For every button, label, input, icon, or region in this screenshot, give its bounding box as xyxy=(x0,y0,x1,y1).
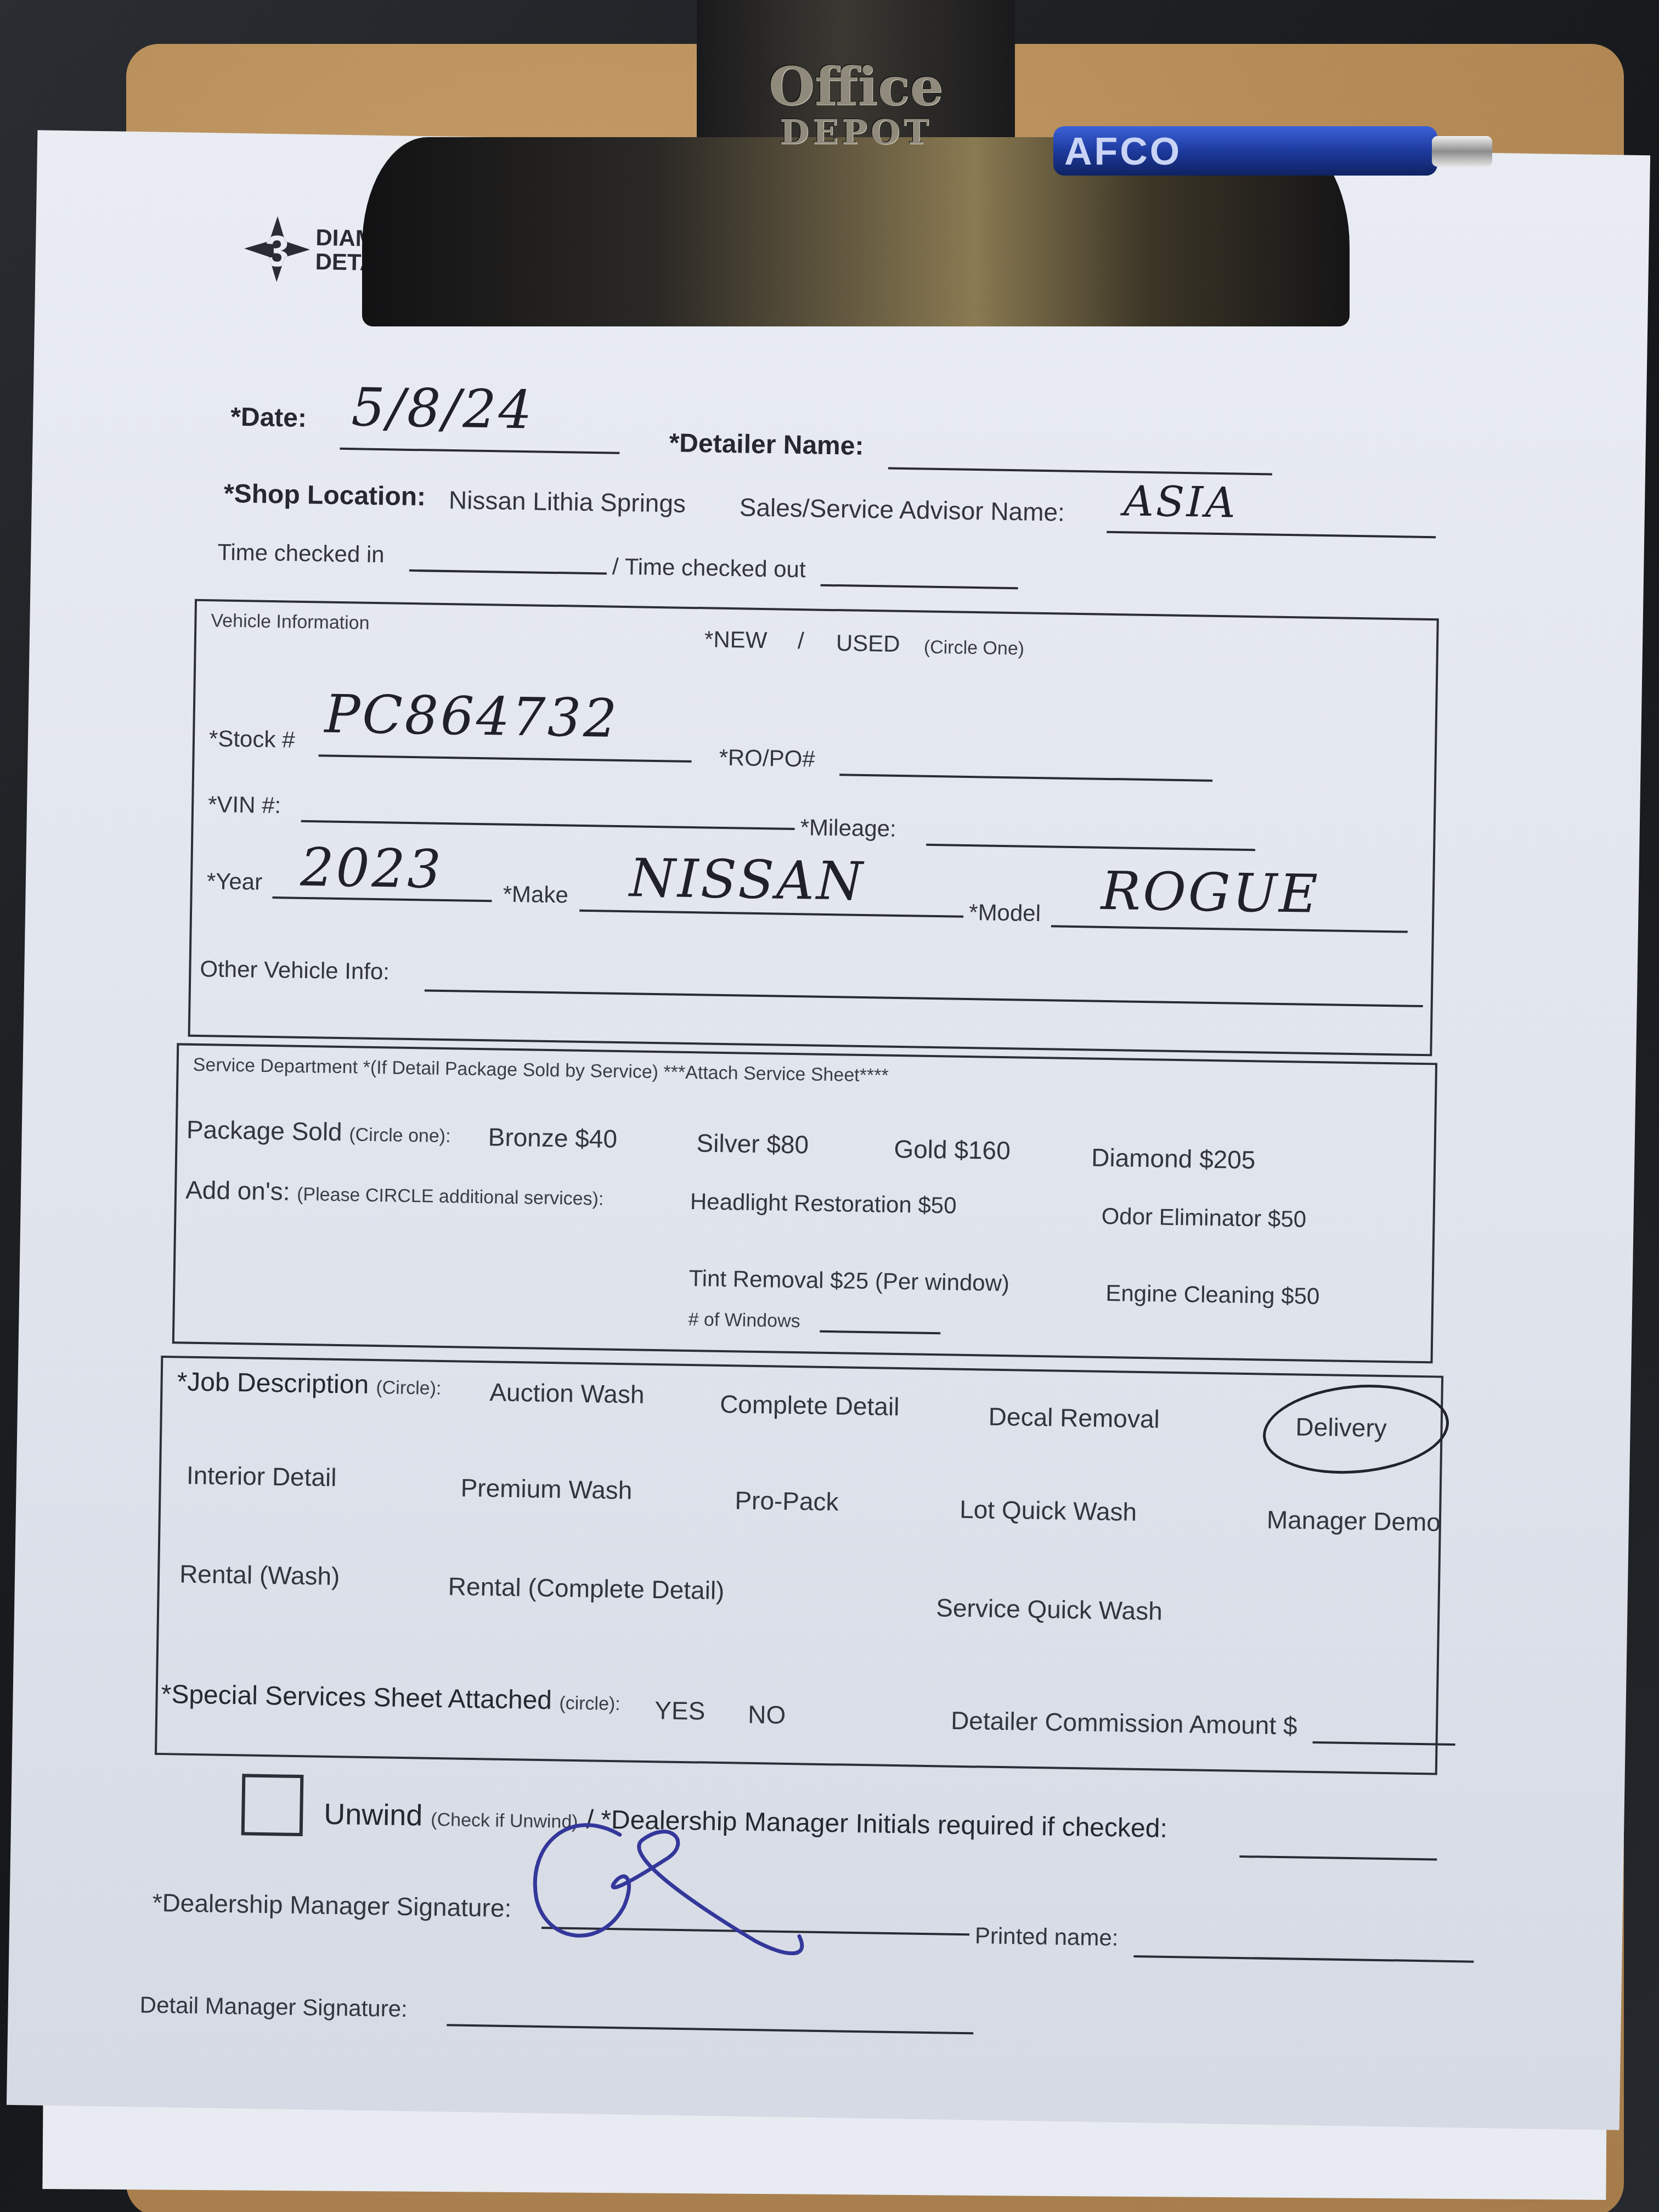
job-complete-detail[interactable]: Complete Detail xyxy=(720,1389,900,1421)
advisor-name-value[interactable]: ASIA xyxy=(1123,476,1238,527)
commission-label: Detailer Commission Amount $ xyxy=(951,1706,1297,1741)
date-value[interactable]: 5/8/24 xyxy=(351,376,535,441)
job-rental-complete-detail[interactable]: Rental (Complete Detail) xyxy=(448,1571,724,1605)
used-option[interactable]: USED xyxy=(836,630,900,657)
company-logo: DIAM DETA xyxy=(244,216,377,284)
stock-label: *Stock # xyxy=(209,725,295,753)
date-label: *Date: xyxy=(230,402,307,433)
date-field-line xyxy=(340,448,619,454)
time-in-label: Time checked in xyxy=(217,539,385,568)
new-option[interactable]: *NEW xyxy=(704,626,768,653)
mileage-label: *Mileage: xyxy=(800,814,896,842)
addon-odor-eliminator[interactable]: Odor Eliminator $50 xyxy=(1101,1203,1306,1233)
detail-manager-signature-label: Detail Manager Signature: xyxy=(139,1991,408,2022)
pen-brand: AFCO xyxy=(1064,129,1182,173)
shop-location-value: Nissan Lithia Springs xyxy=(449,485,686,518)
job-manager-demo[interactable]: Manager Demo xyxy=(1267,1505,1441,1537)
new-used-hint: (Circle One) xyxy=(924,637,1025,660)
advisor-name-label: Sales/Service Advisor Name: xyxy=(739,492,1065,527)
addon-headlight-restoration[interactable]: Headlight Restoration $50 xyxy=(690,1188,957,1219)
special-services-no[interactable]: NO xyxy=(748,1700,786,1730)
job-premium-wash[interactable]: Premium Wash xyxy=(460,1473,632,1505)
job-description-label: *Job Description (Circle): xyxy=(177,1367,442,1401)
manager-initials-field[interactable] xyxy=(1239,1855,1437,1861)
job-rental-wash[interactable]: Rental (Wash) xyxy=(179,1559,340,1592)
pen: AFCO xyxy=(1053,126,1437,176)
ro-po-label: *RO/PO# xyxy=(719,744,815,772)
package-diamond[interactable]: Diamond $205 xyxy=(1091,1143,1256,1175)
model-label: *Model xyxy=(969,899,1041,927)
shop-location-label: *Shop Location: xyxy=(224,479,426,512)
advisor-name-line xyxy=(1107,531,1436,538)
diamond-star-logo-icon xyxy=(244,216,311,283)
year-label: *Year xyxy=(207,868,263,895)
job-lot-quick-wash[interactable]: Lot Quick Wash xyxy=(960,1494,1137,1527)
vin-label: *VIN #: xyxy=(208,791,281,819)
addon-tint-removal[interactable]: Tint Removal $25 (Per window) xyxy=(689,1265,1009,1296)
new-used-separator: / xyxy=(798,628,804,654)
package-silver[interactable]: Silver $80 xyxy=(696,1128,809,1159)
year-value[interactable]: 2023 xyxy=(300,837,444,900)
package-sold-label: Package Sold (Circle one): xyxy=(186,1115,451,1149)
model-value[interactable]: ROGUE xyxy=(1101,860,1320,925)
dealership-signature-label: *Dealership Manager Signature: xyxy=(152,1888,511,1923)
addon-engine-cleaning[interactable]: Engine Cleaning $50 xyxy=(1105,1280,1320,1310)
job-auction-wash[interactable]: Auction Wash xyxy=(489,1377,645,1409)
time-out-field[interactable] xyxy=(821,584,1018,590)
detail-manager-signature-field[interactable] xyxy=(447,2024,973,2034)
special-services-yes[interactable]: YES xyxy=(654,1695,706,1725)
clip-brand: Office DEPOT xyxy=(735,60,977,151)
vehicle-info-title: Vehicle Information xyxy=(211,610,370,634)
job-service-quick-wash[interactable]: Service Quick Wash xyxy=(936,1593,1163,1626)
make-value[interactable]: NISSAN xyxy=(629,847,865,912)
pen-tip xyxy=(1432,136,1492,167)
stock-value[interactable]: PC864732 xyxy=(324,683,619,749)
make-label: *Make xyxy=(503,881,568,909)
detailer-name-label: *Detailer Name: xyxy=(669,428,864,461)
job-interior-detail[interactable]: Interior Detail xyxy=(187,1460,337,1492)
unwind-checkbox[interactable] xyxy=(241,1774,304,1836)
other-info-label: Other Vehicle Info: xyxy=(200,956,390,985)
time-out-label: / Time checked out xyxy=(612,554,806,583)
printed-name-label: Printed name: xyxy=(975,1922,1119,1951)
printed-name-field[interactable] xyxy=(1133,1955,1474,1963)
package-bronze[interactable]: Bronze $40 xyxy=(488,1122,617,1154)
detail-work-order-form: DIAM DETA *Date: 5/8/24 *Detailer Name: … xyxy=(7,130,1650,2130)
windows-count-label: # of Windows xyxy=(688,1309,800,1332)
detailer-name-field[interactable] xyxy=(888,467,1272,476)
dealership-signature-mark xyxy=(503,1811,900,1971)
job-decal-removal[interactable]: Decal Removal xyxy=(988,1402,1160,1434)
package-gold[interactable]: Gold $160 xyxy=(894,1134,1011,1165)
job-pro-pack[interactable]: Pro-Pack xyxy=(735,1485,839,1516)
time-in-field[interactable] xyxy=(409,569,607,575)
